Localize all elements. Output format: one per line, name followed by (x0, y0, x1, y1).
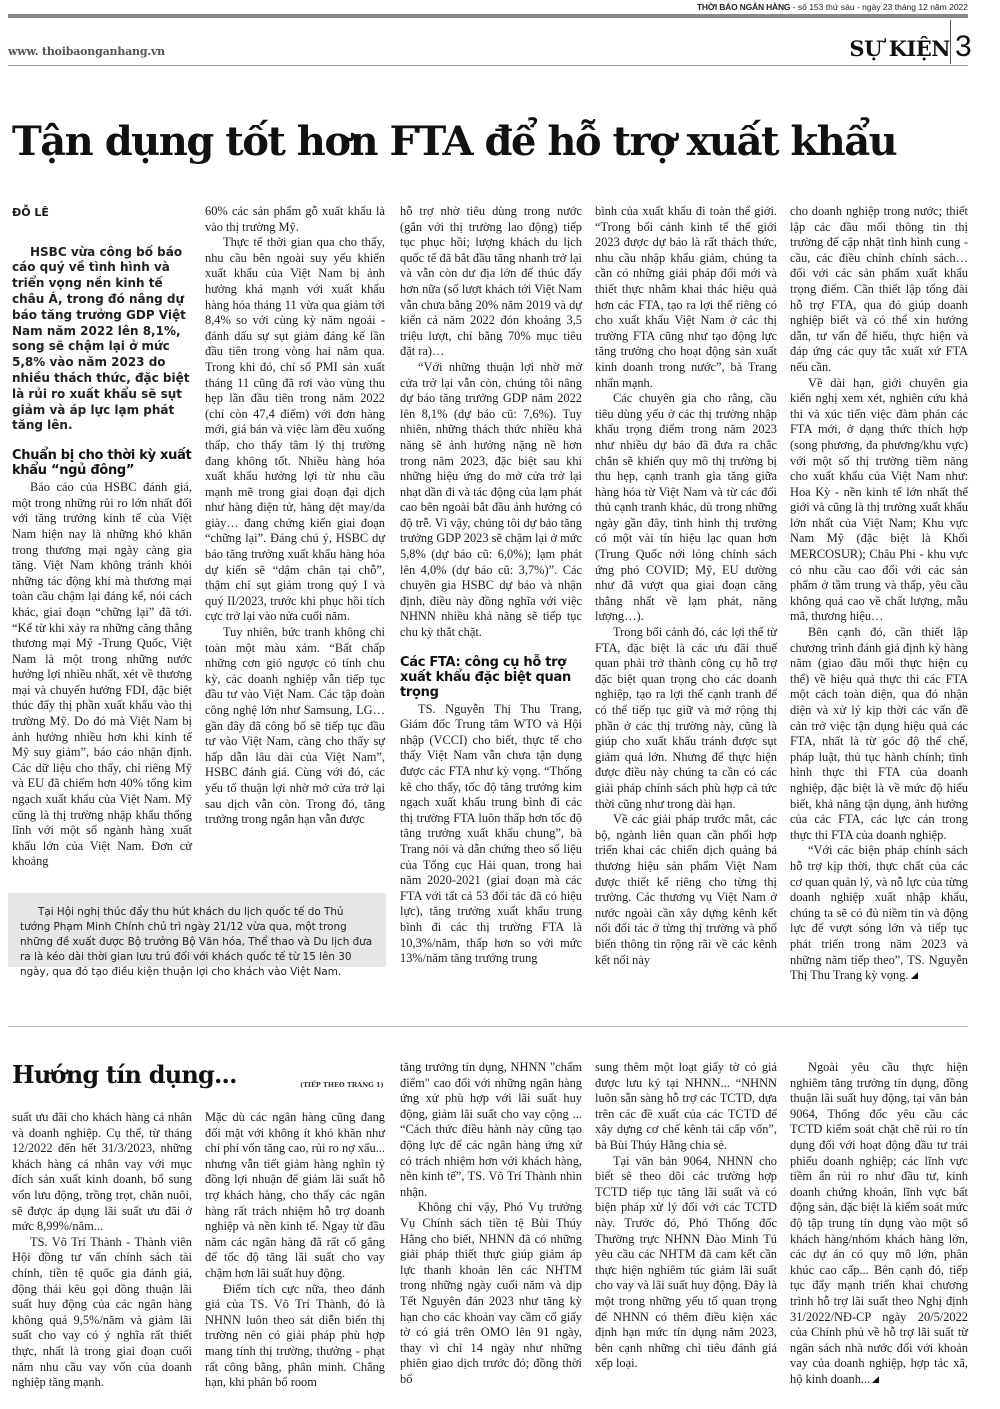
paragraph: Bên cạnh đó, cần thiết lập chương trình … (790, 625, 968, 843)
closing-paragraph-text: “Với các biện pháp chính sách hỗ trợ kịp… (790, 843, 968, 982)
site-url: www. thoibaonganhang.vn (8, 45, 165, 58)
paragraph: Không chỉ vậy, Phó Vụ trưởng Vụ Chính sá… (400, 1200, 582, 1387)
article-headline: Tận dụng tốt hơn FTA để hỗ trợ xuất khẩu (12, 118, 972, 166)
article-column-5: cho doanh nghiệp trong nước; thiết lập c… (790, 204, 968, 984)
section-name: SỰ KIỆN (849, 36, 950, 61)
article2-column-5: Ngoài yêu cầu thực hiện nghiêm tăng trưở… (790, 1060, 968, 1387)
article-column-3: hỗ trợ nhờ tiêu dùng trong nước (gắn với… (400, 204, 582, 967)
article-column-4: bình của xuất khẩu đi toàn thế giới. “Tr… (595, 204, 777, 968)
paragraph: TS. Võ Trí Thành - Thành viên Hội đồng t… (12, 1235, 192, 1391)
article-divider (8, 1026, 968, 1027)
masthead-bar (8, 14, 968, 18)
paragraph: Mặc dù các ngân hàng cũng đang đối mặt v… (205, 1110, 385, 1282)
issue-info: - số 153 thứ sáu - ngày 23 tháng 12 năm … (790, 2, 968, 12)
paragraph: hỗ trợ nhờ tiêu dùng trong nước (gắn với… (400, 204, 582, 360)
article-column-1: ĐỖ LÊ HSBC vừa công bố báo cáo quý về tì… (12, 205, 192, 870)
paragraph: Báo cáo của HSBC đánh giá, một trong nhữ… (12, 480, 192, 870)
sidebar-info-box: Tại Hội nghị thúc đẩy thu hút khách du l… (8, 893, 386, 967)
paragraph: suất ưu đãi cho khách hàng cá nhân và do… (12, 1110, 192, 1235)
article-lede: HSBC vừa công bố báo cáo quý về tình hìn… (12, 245, 192, 435)
paragraph: bình của xuất khẩu đi toàn thế giới. “Tr… (595, 204, 777, 391)
section-separator (950, 20, 951, 64)
paragraph: TS. Nguyễn Thị Thu Trang, Giám đốc Trung… (400, 702, 582, 967)
article2-column-1: suất ưu đãi cho khách hàng cá nhân và do… (12, 1110, 192, 1391)
paragraph: tăng trưởng tín dụng, NHNN "chấm điểm" c… (400, 1060, 582, 1200)
paragraph: cho doanh nghiệp trong nước; thiết lập c… (790, 204, 968, 376)
article-column-2: 60% các sản phẩm gỗ xuất khẩu là vào thị… (205, 204, 385, 828)
header-rule (8, 65, 968, 66)
paragraph: “Với các biện pháp chính sách hỗ trợ kịp… (790, 843, 968, 983)
paragraph: Về dài hạn, giới chuyên gia kiến nghị xe… (790, 376, 968, 626)
end-mark-icon (911, 972, 918, 979)
continued-from-label: (TIẾP THEO TRANG 1) (300, 1081, 384, 1089)
masthead-issue-line: THỜI BÁO NGÂN HÀNG - số 153 thứ sáu - ng… (0, 0, 968, 14)
paragraph: “Với những thuận lợi nhờ mở cửa trở lại … (400, 360, 582, 641)
publication-name: THỜI BÁO NGÂN HÀNG (697, 2, 790, 12)
subhead-fta-cong-cu: Các FTA: công cụ hỗ trợ xuất khẩu đặc bi… (400, 655, 582, 700)
paragraph: Tuy nhiên, bức tranh không chỉ toàn một … (205, 625, 385, 828)
paragraph: sung thêm một loạt giấy tờ có giá được l… (595, 1060, 777, 1154)
closing-paragraph-text: Ngoài yêu cầu thực hiện nghiêm tăng trưở… (790, 1060, 968, 1386)
paragraph: Ngoài yêu cầu thực hiện nghiêm tăng trưở… (790, 1060, 968, 1387)
paragraph: Tại văn bản 9064, NHNN cho biết sẽ theo … (595, 1154, 777, 1372)
end-mark-icon (872, 1376, 879, 1383)
article2-headline: Hướng tín dụng... (12, 1060, 237, 1089)
article2-column-3: tăng trưởng tín dụng, NHNN "chấm điểm" c… (400, 1060, 582, 1387)
subhead-xuat-khau-ngu-dong: Chuẩn bị cho thời kỳ xuất khẩu “ngủ đông… (12, 448, 192, 478)
paragraph: Về các giải pháp trước mắt, các bộ, ngàn… (595, 812, 777, 968)
paragraph: Trong bối cảnh đó, các lợi thế từ FTA, đ… (595, 625, 777, 812)
paragraph: 60% các sản phẩm gỗ xuất khẩu là vào thị… (205, 204, 385, 235)
paragraph: Thực tế thời gian qua cho thấy, nhu cầu … (205, 235, 385, 625)
paragraph: Các chuyên gia cho rằng, cầu tiêu dùng y… (595, 391, 777, 625)
article2-column-4: sung thêm một loạt giấy tờ có giá được l… (595, 1060, 777, 1372)
byline: ĐỖ LÊ (12, 205, 192, 221)
paragraph: Điểm tích cực nữa, theo đánh giá của TS.… (205, 1282, 385, 1391)
article2-column-2: Mặc dù các ngân hàng cũng đang đối mặt v… (205, 1110, 385, 1391)
page-number: 3 (955, 30, 972, 64)
